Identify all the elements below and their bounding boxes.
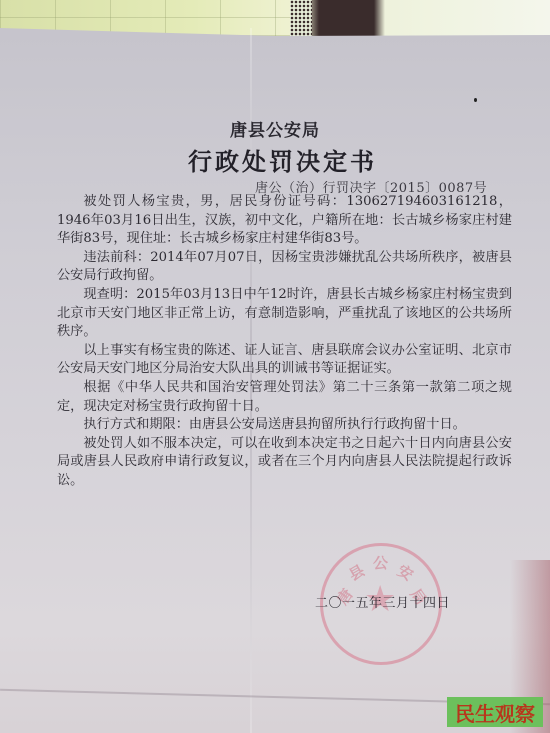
paragraph-offender-info: 被处罚人杨宝贵，男，居民身份证号码：130627194603161218，194… (57, 193, 512, 249)
seal-char: 公 (373, 552, 388, 573)
paragraph-appeal: 被处罚人如不服本决定，可以在收到本决定书之日起六十日内向唐县公安局或唐县人民政府… (57, 435, 512, 491)
ink-spot (474, 98, 477, 102)
document-body: 被处罚人杨宝贵，男，居民身份证号码：130627194603161218，194… (57, 193, 512, 491)
paragraph-legal-basis: 根据《中华人民共和国治安管理处罚法》第二十三条第一款第二项之规定，现决定对杨宝贵… (57, 379, 512, 416)
document-title: 行政处罚决定书 (188, 142, 377, 177)
document-date: 二〇一五年三月十四日 (315, 592, 450, 611)
paragraph-prior-record: 违法前科：2014年07月07日，因杨宝贵涉嫌扰乱公共场所秩序，被唐县公安局行政… (57, 249, 512, 286)
background-mesh (290, 0, 312, 36)
watermark-badge: 民生观察 (447, 697, 543, 727)
paragraph-findings: 现查明：2015年03月13日中午12时许，唐县长古城乡杨家庄村杨宝贵到北京市天… (57, 286, 512, 342)
paragraph-evidence: 以上事实有杨宝贵的陈述、证人证言、唐县联席会议办公室证明、北京市公安局天安门地区… (57, 342, 512, 379)
paragraph-execution: 执行方式和期限：由唐县公安局送唐县拘留所执行行政拘留十日。 (57, 416, 512, 435)
issuer-name: 唐县公安局 (230, 116, 320, 141)
seal-char: 安 (394, 560, 418, 586)
